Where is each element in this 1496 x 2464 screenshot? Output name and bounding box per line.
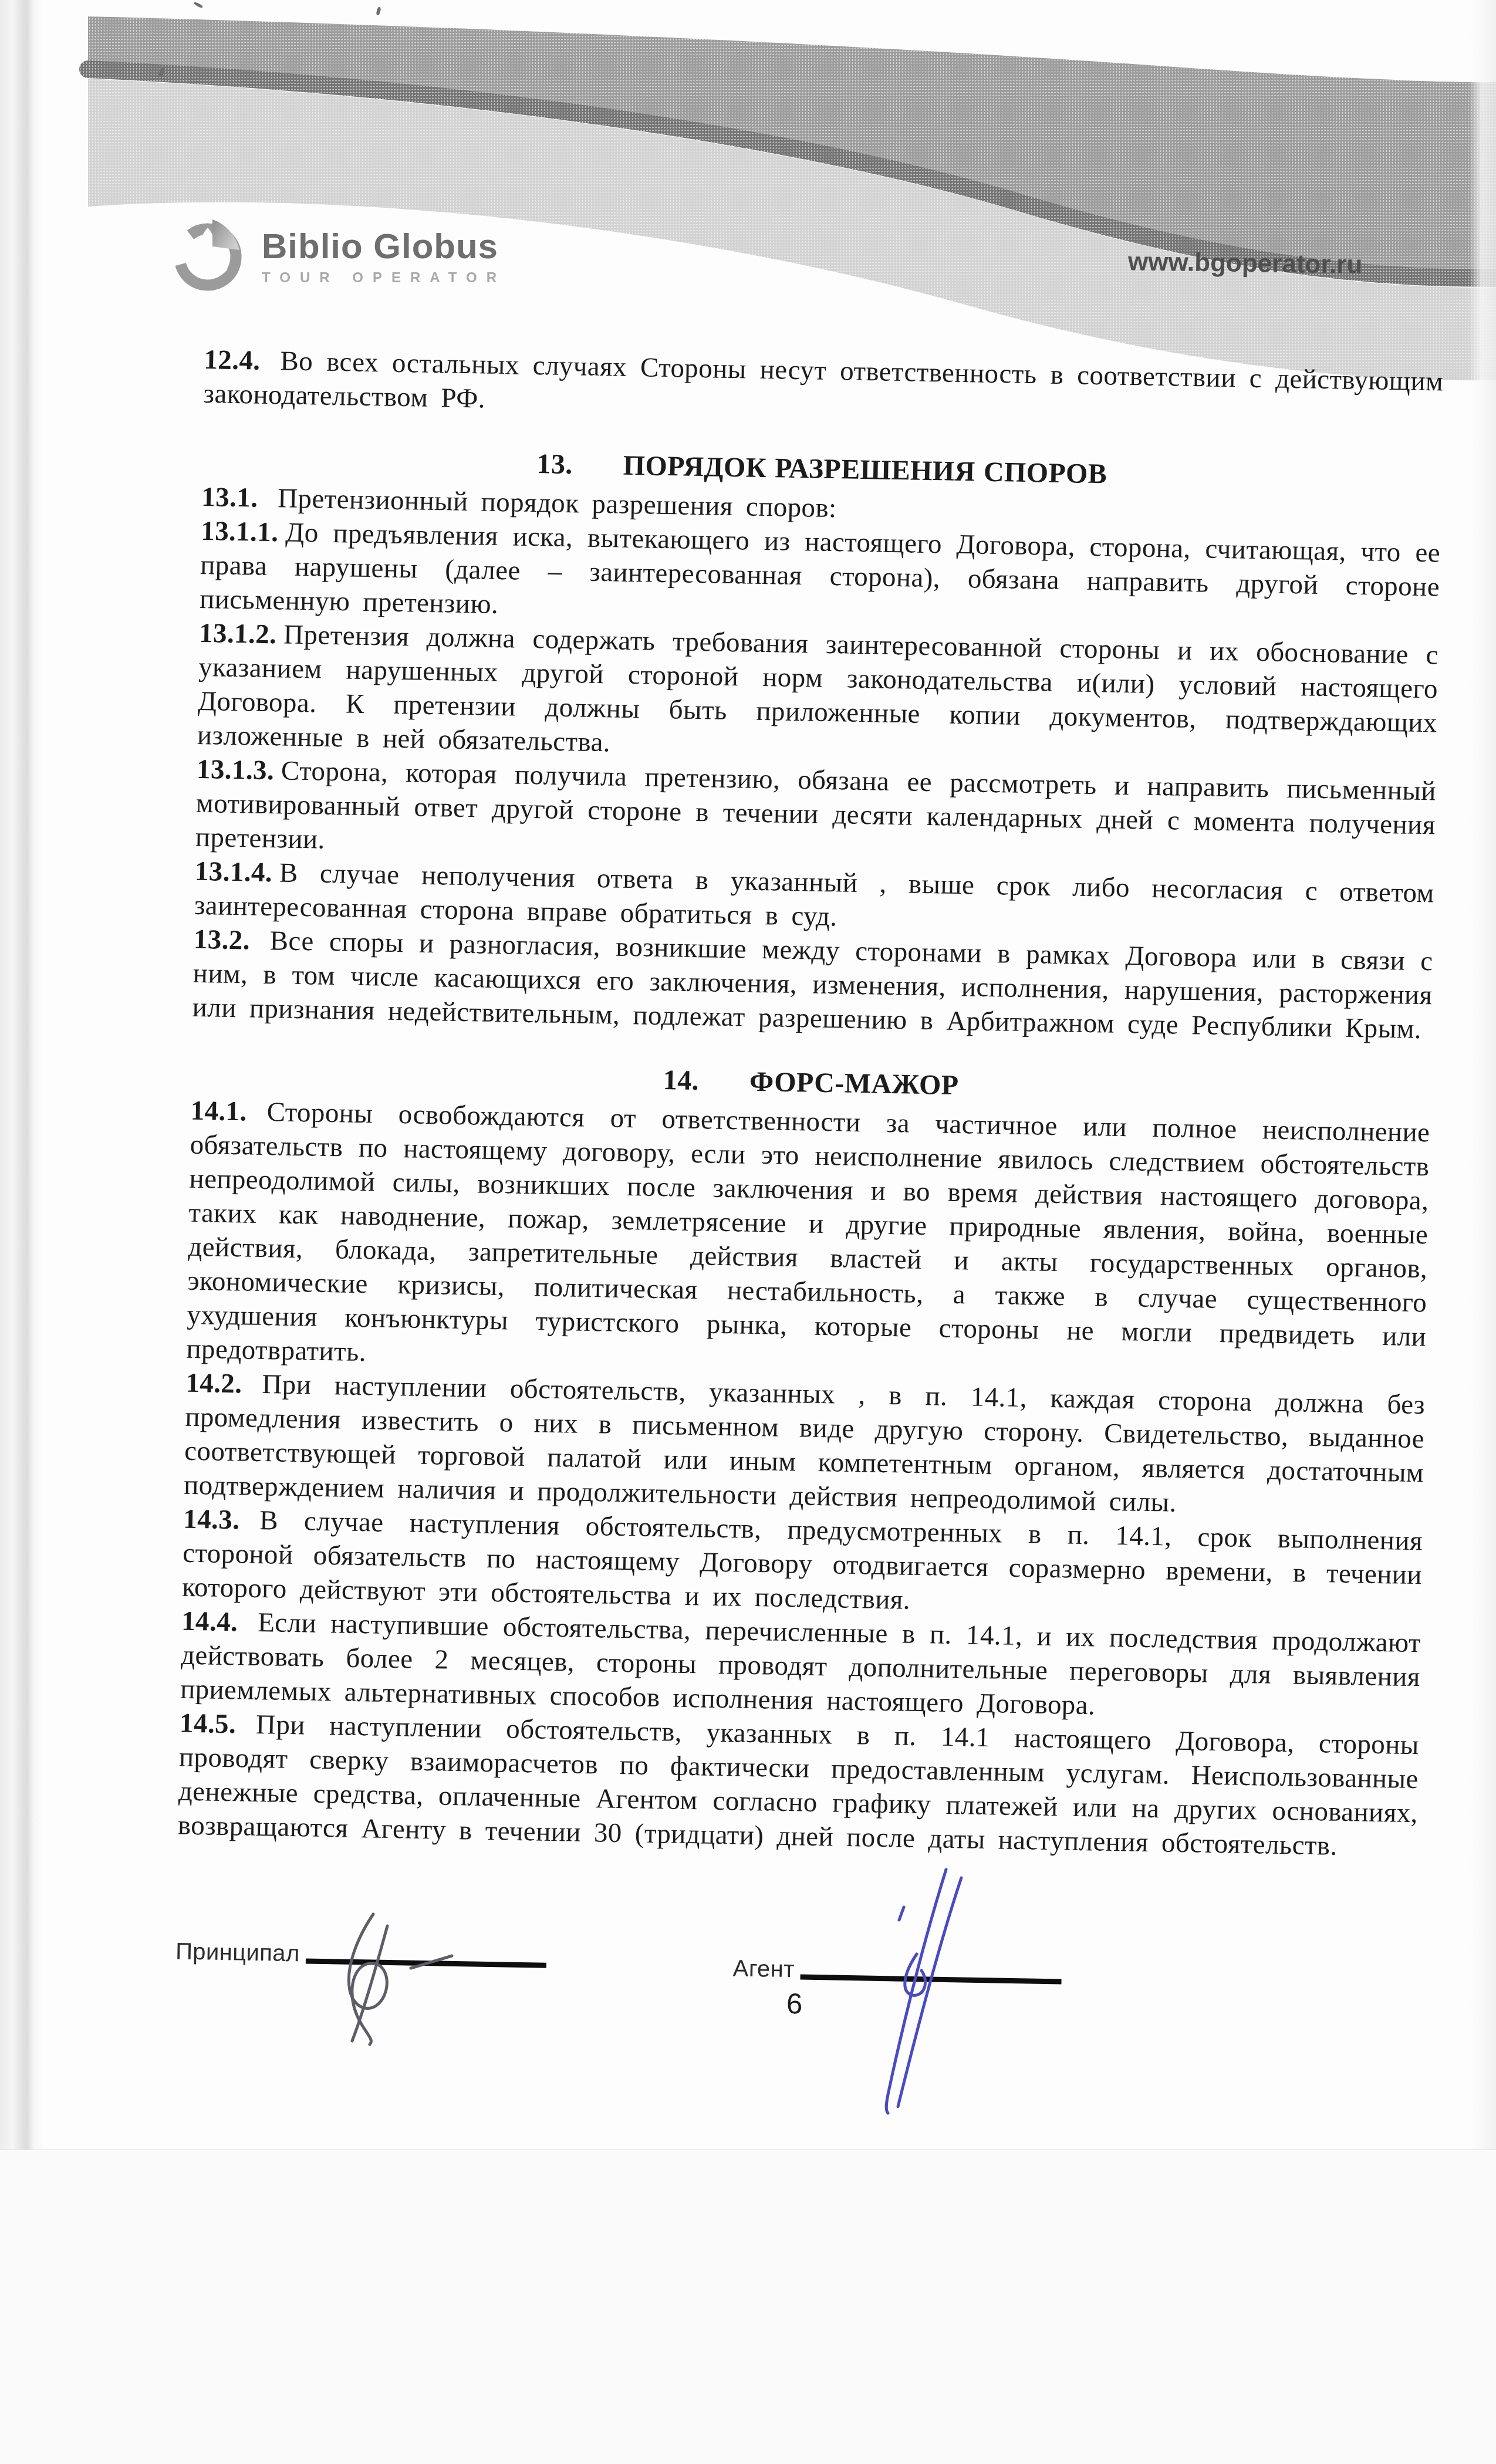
scanned-contract-page: Biblio Globus TOUR OPERATOR www.bgoperat… <box>0 0 1496 2464</box>
agent-signature-ink <box>886 1870 961 2113</box>
handwritten-signatures <box>0 0 1496 2464</box>
principal-signature-ink <box>349 1914 452 2044</box>
